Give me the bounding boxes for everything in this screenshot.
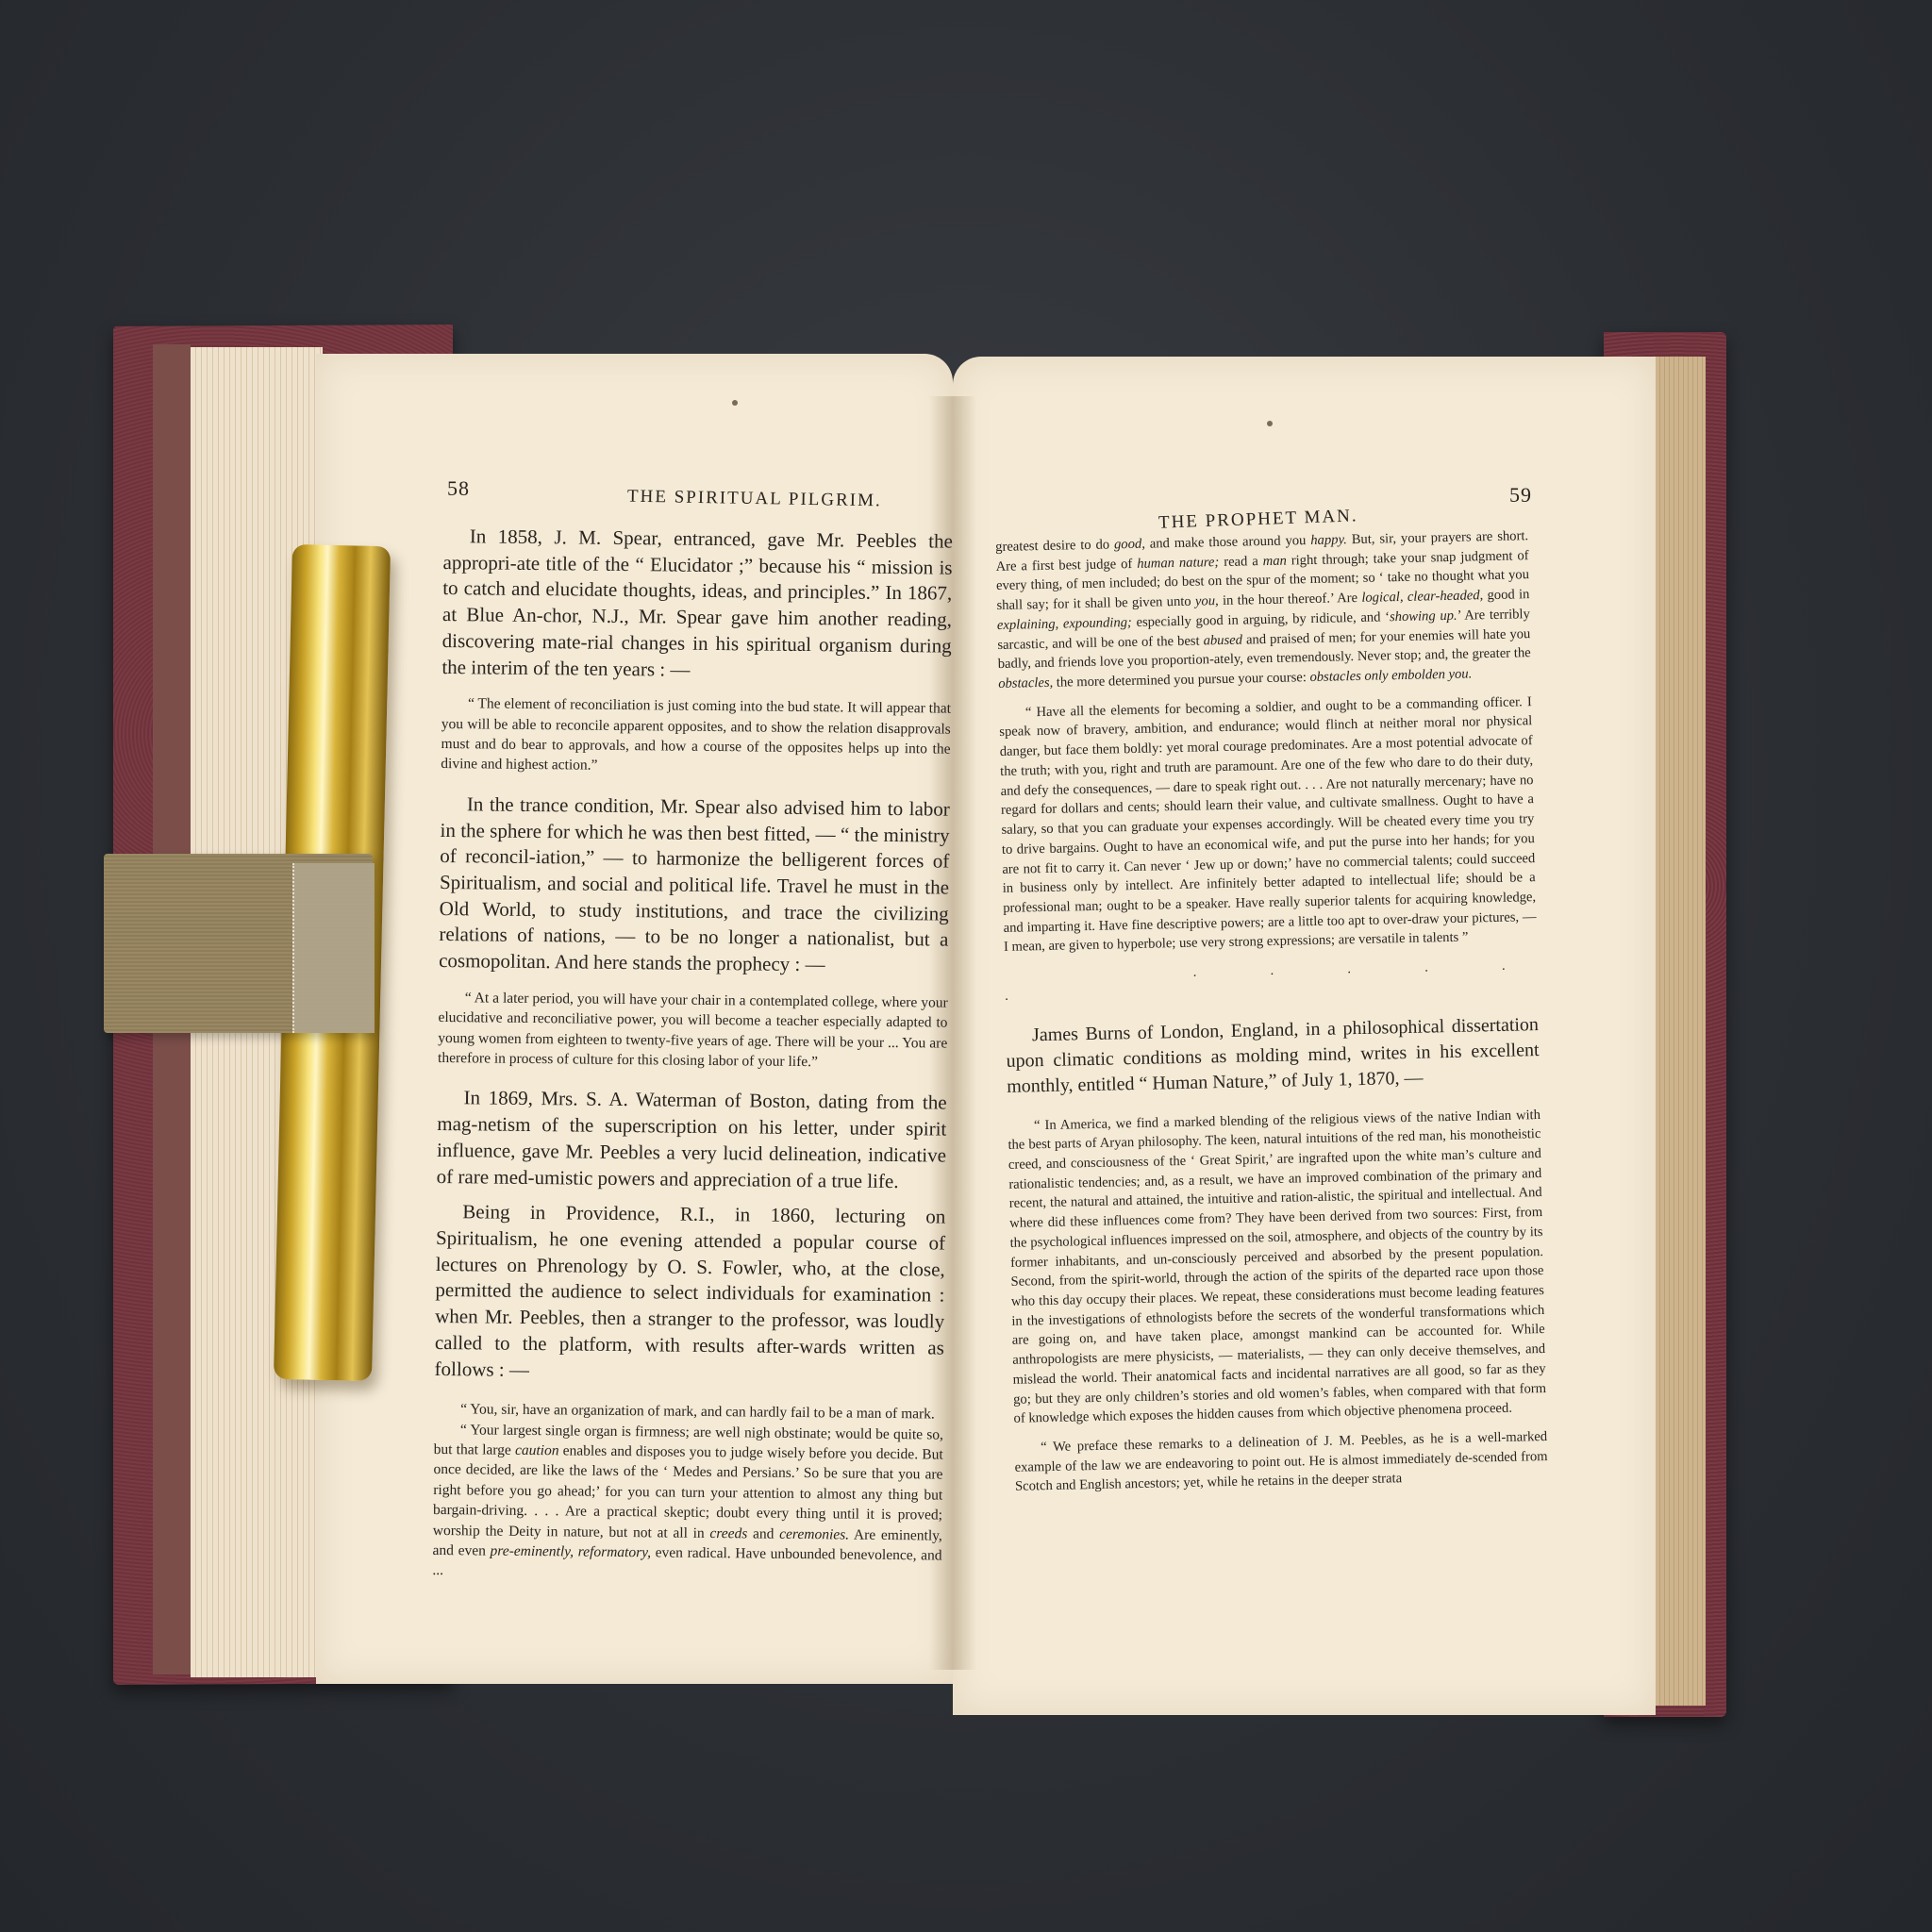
italic-text: abused <box>1203 632 1242 648</box>
italic-text: you, <box>1195 593 1219 609</box>
italic-text: showing up. <box>1390 608 1457 625</box>
italic-text: obstacles only embolden you. <box>1309 666 1472 685</box>
right-page-text: greatest desire to do good, and make tho… <box>995 526 1548 1507</box>
block-quote: “ We preface these remarks to a delineat… <box>1014 1427 1548 1497</box>
block-quote: “ In America, we find a marked blending … <box>1008 1106 1547 1429</box>
italic-text: happy. <box>1310 532 1347 548</box>
text: especially good in arguing, by ridicule,… <box>1132 609 1391 630</box>
italic-text: caution <box>515 1442 559 1458</box>
running-head-left: THE SPIRITUAL PILGRIM. <box>627 487 882 512</box>
text: and <box>747 1525 779 1541</box>
italic-text: pre-eminently, reformatory, <box>490 1542 651 1560</box>
paragraph: Being in Providence, R.I., in 1860, lect… <box>434 1199 945 1388</box>
text: in the hour thereof.’ Are <box>1219 591 1362 608</box>
paragraph: James Burns of London, England, in a phi… <box>1006 1012 1541 1100</box>
text: and make those around you <box>1145 533 1311 552</box>
block-quote: “ You, sir, have an organization of mark… <box>432 1399 943 1586</box>
paper-speck <box>732 400 738 406</box>
italic-text: good, <box>1114 537 1145 553</box>
quote-paragraph: “ Your largest single organ is firmness;… <box>432 1420 943 1587</box>
block-quote: “ The element of reconciliation is just … <box>441 693 951 779</box>
continued-quote: greatest desire to do good, and make tho… <box>995 526 1531 694</box>
page-number-left: 58 <box>447 476 470 501</box>
page-edges-right <box>1651 357 1706 1706</box>
text: the more determined you pursue your cour… <box>1053 670 1310 691</box>
text: read a <box>1219 554 1263 570</box>
paper-speck <box>1267 421 1273 426</box>
block-quote: “ Have all the elements for becoming a s… <box>999 692 1538 958</box>
page-number-right: 59 <box>1509 483 1532 508</box>
text: greatest desire to do <box>995 537 1114 555</box>
italic-text: ceremonies. <box>779 1525 849 1542</box>
italic-text: man <box>1263 553 1287 569</box>
text: good in <box>1483 587 1530 603</box>
band-fold <box>292 863 375 1033</box>
paragraph: In 1869, Mrs. S. A. Waterman of Boston, … <box>437 1085 947 1195</box>
paragraph: In 1858, J. M. Spear, entranced, gave Mr… <box>441 524 953 686</box>
italic-text: logical, clear-headed, <box>1361 588 1483 606</box>
block-quote: “ At a later period, you will have your … <box>438 988 948 1074</box>
italic-text: explaining, expounding; <box>997 615 1132 633</box>
italic-text: human nature; <box>1137 555 1219 572</box>
left-page-text: In 1858, J. M. Spear, entranced, gave Mr… <box>432 524 953 1603</box>
paragraph: In the trance condition, Mr. Spear also … <box>439 791 950 980</box>
open-book: 58 THE SPIRITUAL PILGRIM. In 1858, J. M.… <box>0 0 1932 1932</box>
ellipsis: . . . . . . <box>1005 956 1539 1006</box>
italic-text: creeds <box>709 1525 747 1541</box>
italic-text: obstacles, <box>998 675 1053 691</box>
